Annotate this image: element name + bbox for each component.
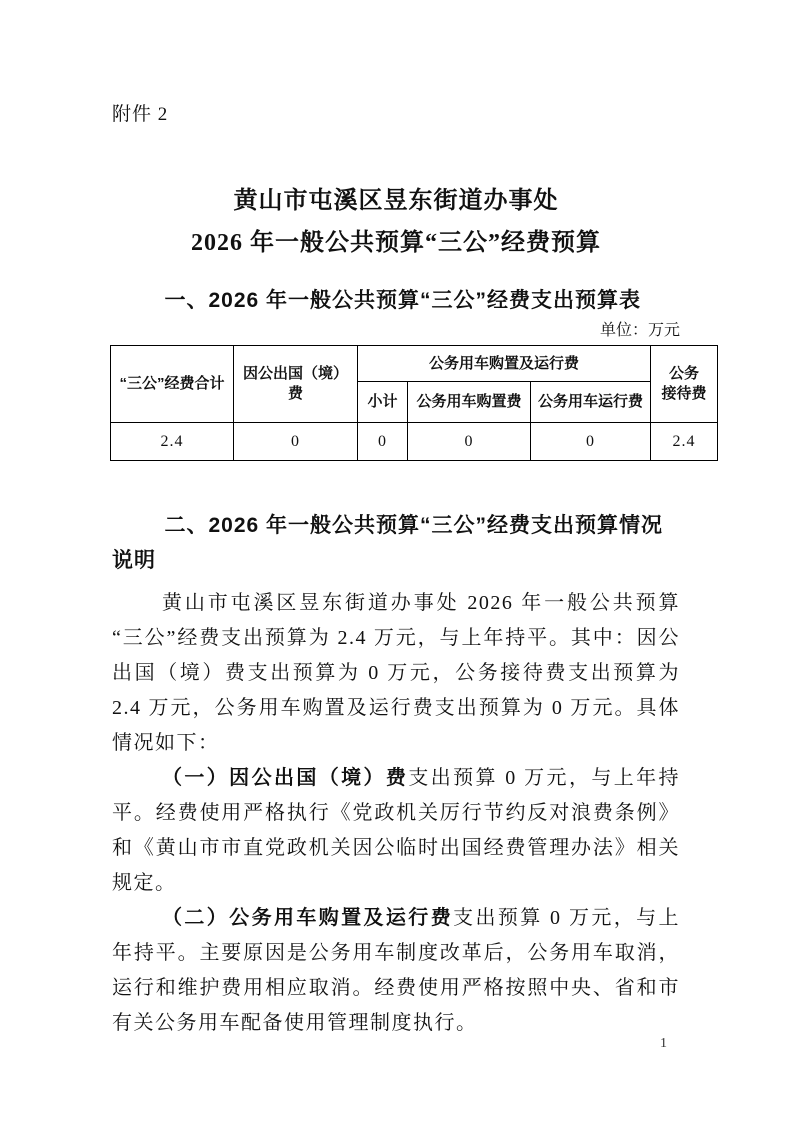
section-1-heading: 一、2026 年一般公共预算“三公”经费支出预算表 (112, 286, 680, 316)
document-content: 附件 2 黄山市屯溪区昱东街道办事处 2026 年一般公共预算“三公”经费预算 … (112, 0, 680, 1041)
header-cell-operation: 公务用车运行费 (531, 382, 651, 423)
header-cell-purchase: 公务用车购置费 (408, 382, 531, 423)
budget-table: “三公”经费合计 因公出国（境）费 公务用车购置及运行费 公务 接待费 小计 公… (110, 345, 718, 461)
header-cell-vehicle-group: 公务用车购置及运行费 (358, 346, 651, 382)
value-cell-abroad: 0 (234, 423, 358, 461)
header-cell-subtotal: 小计 (358, 382, 408, 423)
unit-label: 单位：万元 (112, 320, 680, 342)
title-line-1: 黄山市屯溪区昱东街道办事处 (112, 180, 680, 222)
item-2-paragraph: （二）公务用车购置及运行费支出预算 0 万元，与上年持平。主要原因是公务用车制度… (112, 901, 680, 1041)
item-1-lead: （一）因公出国（境）费 (162, 767, 408, 789)
page-number: 1 (660, 1036, 667, 1052)
table-header-row-1: “三公”经费合计 因公出国（境）费 公务用车购置及运行费 公务 接待费 (111, 346, 718, 382)
item-1-paragraph: （一）因公出国（境）费支出预算 0 万元，与上年持平。经费使用严格执行《党政机关… (112, 761, 680, 901)
value-cell-subtotal: 0 (358, 423, 408, 461)
value-cell-purchase: 0 (408, 423, 531, 461)
value-cell-operation: 0 (531, 423, 651, 461)
value-cell-total: 2.4 (111, 423, 234, 461)
header-cell-abroad: 因公出国（境）费 (234, 346, 358, 423)
intro-paragraph: 黄山市屯溪区昱东街道办事处 2026 年一般公共预算“三公”经费支出预算为 2.… (112, 586, 680, 761)
table-data-row: 2.4 0 0 0 0 2.4 (111, 423, 718, 461)
section-2-heading: 二、2026 年一般公共预算“三公”经费支出预算情况说明 (112, 508, 680, 578)
title-line-2: 2026 年一般公共预算“三公”经费预算 (112, 222, 680, 264)
document-title: 黄山市屯溪区昱东街道办事处 2026 年一般公共预算“三公”经费预算 (112, 180, 680, 264)
header-reception-line-1: 公务 (653, 364, 715, 384)
header-cell-reception: 公务 接待费 (651, 346, 718, 423)
value-cell-reception: 2.4 (651, 423, 718, 461)
attachment-label: 附件 2 (112, 100, 680, 130)
item-2-lead: （二）公务用车购置及运行费 (162, 907, 453, 929)
document-page: 附件 2 黄山市屯溪区昱东街道办事处 2026 年一般公共预算“三公”经费预算 … (0, 0, 793, 1122)
header-cell-total: “三公”经费合计 (111, 346, 234, 423)
header-reception-line-2: 接待费 (653, 384, 715, 404)
